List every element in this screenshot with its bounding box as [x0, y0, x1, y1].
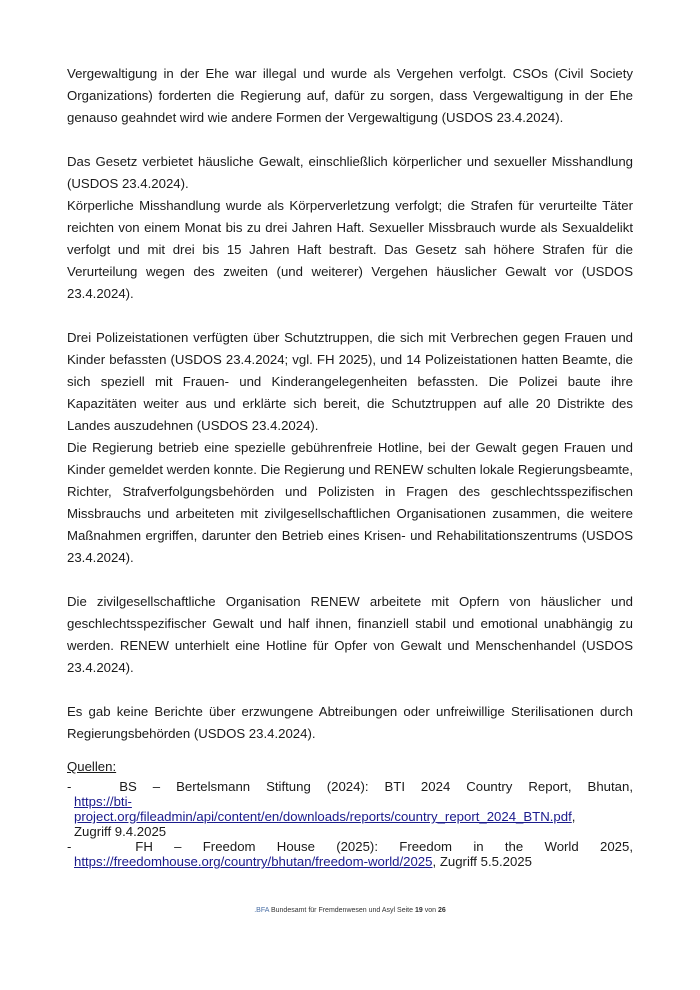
footer-page-label: Seite	[397, 907, 413, 914]
paragraph-hotline: Die Regierung betrieb eine spezielle geb…	[67, 437, 633, 569]
source-citation-line: - BS – Bertelsmann Stiftung (2024): BTI …	[74, 779, 633, 794]
bfa-logo: .BFA	[254, 907, 269, 914]
source-access-date: Zugriff 5.5.2025	[440, 854, 532, 869]
paragraph-gap	[67, 569, 633, 591]
sources-list: - BS – Bertelsmann Stiftung (2024): BTI …	[67, 779, 633, 869]
source-item-fh: - FH – Freedom House (2025): Freedom in …	[67, 839, 633, 869]
footer-page-current: 19	[415, 907, 423, 914]
source-bullet: -	[67, 839, 71, 854]
source-citation-line: - FH – Freedom House (2025): Freedom in …	[74, 839, 633, 854]
footer-page-of: von	[425, 907, 436, 914]
paragraph-marital-rape: Vergewaltigung in der Ehe war illegal un…	[67, 63, 633, 129]
source-link-freedomhouse[interactable]: https://freedomhouse.org/country/bhutan/…	[74, 854, 432, 869]
paragraph-domestic-violence-law: Das Gesetz verbietet häusliche Gewalt, e…	[67, 151, 633, 195]
source-bullet: -	[67, 779, 71, 794]
footer-page-total: 26	[438, 907, 446, 914]
sources-heading: Quellen:	[67, 756, 633, 778]
paragraph-renew: Die zivilgesellschaftliche Organisation …	[67, 591, 633, 679]
paragraph-police-stations: Drei Polizeistationen verfügten über Sch…	[67, 327, 633, 437]
paragraph-sterilisation: Es gab keine Berichte über erzwungene Ab…	[67, 701, 633, 745]
document-page: Vergewaltigung in der Ehe war illegal un…	[67, 63, 633, 869]
source-punctuation: ,	[572, 809, 576, 824]
source-access-date: Zugriff 9.4.2025	[74, 824, 166, 839]
source-citation: BS – Bertelsmann Stiftung (2024): BTI 20…	[119, 779, 633, 794]
paragraph-gap	[67, 745, 633, 756]
source-citation: FH – Freedom House (2025): Freedom in th…	[135, 839, 633, 854]
source-item-bs: - BS – Bertelsmann Stiftung (2024): BTI …	[67, 779, 633, 839]
paragraph-penalties: Körperliche Misshandlung wurde als Körpe…	[67, 195, 633, 305]
footer-agency: Bundesamt für Fremdenwesen und Asyl	[271, 907, 395, 914]
source-punctuation: ,	[432, 854, 436, 869]
page-footer: .BFA Bundesamt für Fremdenwesen und Asyl…	[0, 906, 700, 916]
paragraph-gap	[67, 305, 633, 327]
paragraph-gap	[67, 679, 633, 701]
source-link-bti[interactable]: https://bti-project.org/fileadmin/api/co…	[74, 794, 572, 824]
paragraph-gap	[67, 129, 633, 151]
